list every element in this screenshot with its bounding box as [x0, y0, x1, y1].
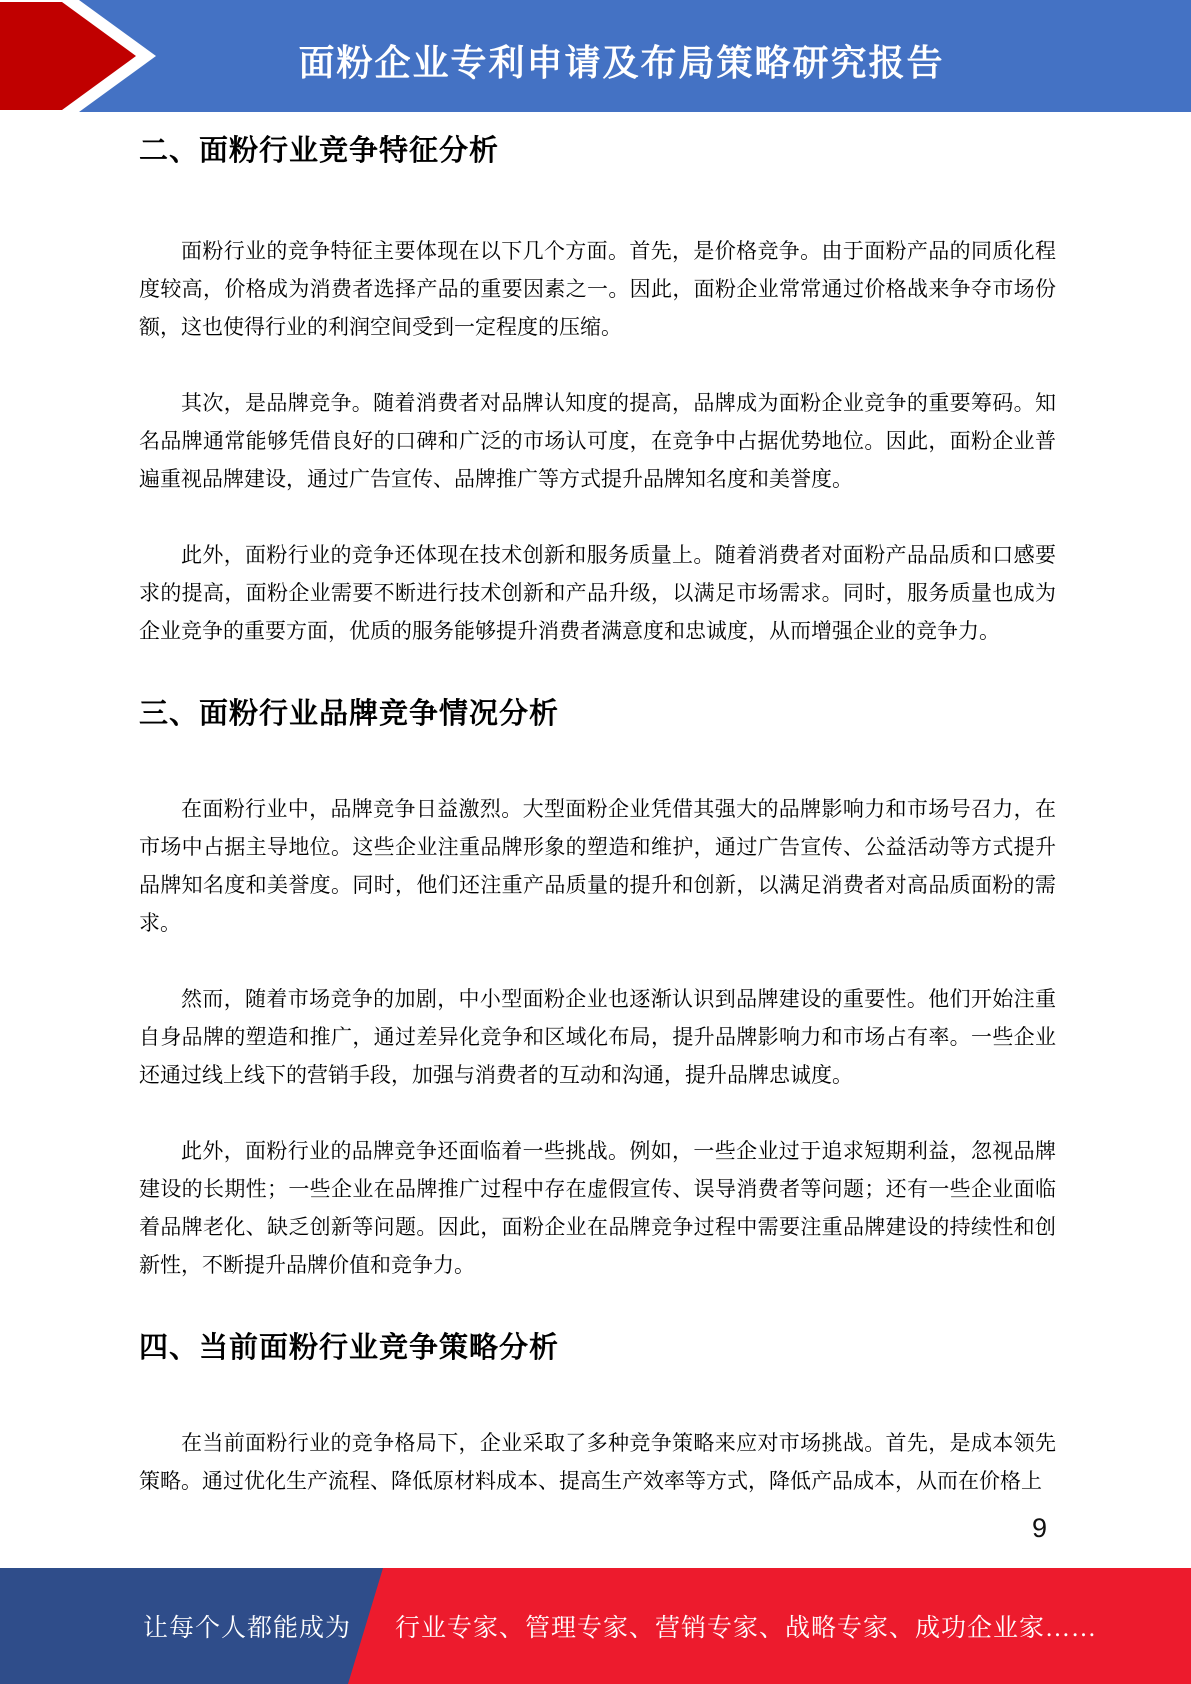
footer-slogan-left: 让每个人都能成为	[143, 1568, 351, 1684]
footer-slogan-right: 行业专家、管理专家、营销专家、战略专家、成功企业家……	[395, 1568, 1097, 1684]
section-heading-4: 四、当前面粉行业竞争策略分析	[139, 1328, 1056, 1368]
section-heading-2: 二、面粉行业竞争特征分析	[139, 131, 1056, 171]
header-band: 面粉企业专利申请及布局策略研究报告	[0, 0, 1191, 112]
page-number: 9	[1032, 1513, 1047, 1544]
paragraph: 在当前面粉行业的竞争格局下，企业采取了多种竞争策略来应对市场挑战。首先，是成本领…	[139, 1424, 1056, 1500]
paragraph: 在面粉行业中，品牌竞争日益激烈。大型面粉企业凭借其强大的品牌影响力和市场号召力，…	[139, 790, 1056, 942]
paragraph: 此外，面粉行业的品牌竞争还面临着一些挑战。例如，一些企业过于追求短期利益，忽视品…	[139, 1132, 1056, 1284]
section-heading-3: 三、面粉行业品牌竞争情况分析	[139, 694, 1056, 734]
report-title: 面粉企业专利申请及布局策略研究报告	[0, 0, 1191, 112]
footer-band: 让每个人都能成为 行业专家、管理专家、营销专家、战略专家、成功企业家……	[0, 1568, 1191, 1684]
report-page: 面粉企业专利申请及布局策略研究报告 二、面粉行业竞争特征分析 面粉行业的竞争特征…	[0, 0, 1191, 1684]
paragraph: 然而，随着市场竞争的加剧，中小型面粉企业也逐渐认识到品牌建设的重要性。他们开始注…	[139, 980, 1056, 1094]
paragraph: 其次，是品牌竞争。随着消费者对品牌认知度的提高，品牌成为面粉企业竞争的重要筹码。…	[139, 384, 1056, 498]
paragraph: 此外，面粉行业的竞争还体现在技术创新和服务质量上。随着消费者对面粉产品品质和口感…	[139, 536, 1056, 650]
document-body: 二、面粉行业竞争特征分析 面粉行业的竞争特征主要体现在以下几个方面。首先，是价格…	[139, 112, 1056, 1538]
paragraph: 面粉行业的竞争特征主要体现在以下几个方面。首先，是价格竞争。由于面粉产品的同质化…	[139, 232, 1056, 346]
